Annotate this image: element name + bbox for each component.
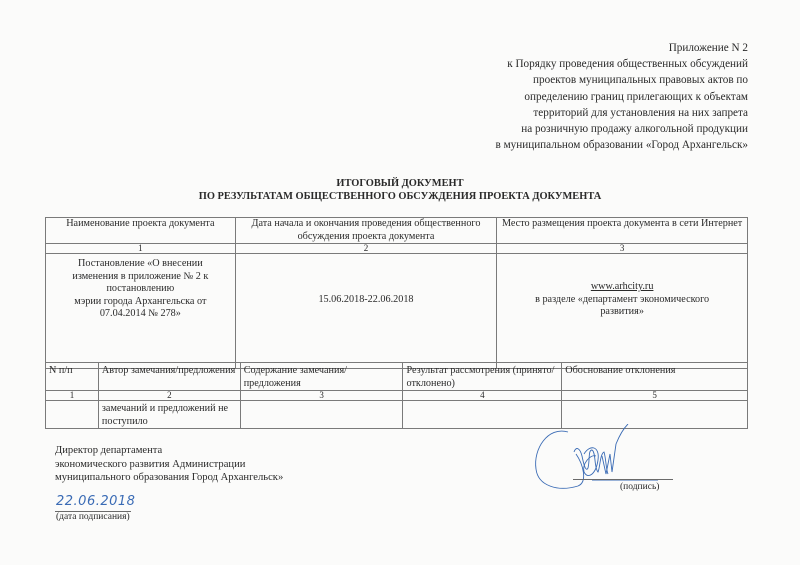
document-title: ИТОГОВЫЙ ДОКУМЕНТ ПО РЕЗУЛЬТАТАМ ОБЩЕСТВ… [0, 177, 800, 203]
title-line-2: ПО РЕЗУЛЬТАТАМ ОБЩЕСТВЕННОГО ОБСУЖДЕНИЯ … [0, 190, 800, 203]
header-author: Автор замечания/предложения [98, 363, 240, 391]
table-row: Постановление «О внесении изменения в пр… [46, 254, 748, 369]
document-name-line: постановлению [49, 283, 232, 296]
position-line: муниципального образования Город Арханге… [55, 471, 283, 485]
appendix-header: Приложение N 2 к Порядку проведения обще… [368, 40, 748, 153]
column-number: 4 [403, 391, 562, 401]
appendix-line: определению границ прилегающих к объекта… [368, 89, 748, 105]
cell-number [46, 401, 99, 429]
handwritten-signed-date: 22.06.2018 [56, 494, 135, 509]
column-number: 5 [562, 391, 748, 401]
header-document-name: Наименование проекта документа [46, 218, 236, 244]
position-line: Директор департамента [55, 444, 283, 458]
column-number: 3 [497, 244, 748, 254]
header-result: Результат рассмотрения (принято/отклонен… [403, 363, 562, 391]
site-link[interactable]: www.arhcity.ru [500, 281, 744, 294]
signatory-position: Директор департамента экономического раз… [55, 444, 283, 485]
header-internet-place: Место размещения проекта документа в сет… [497, 218, 748, 244]
column-number: 2 [235, 244, 497, 254]
cell-author: замечаний и предложений не поступило [98, 401, 240, 429]
column-number-row: 1 2 3 4 5 [46, 391, 748, 401]
project-info-table: Наименование проекта документа Дата нача… [45, 217, 748, 369]
column-number: 1 [46, 391, 99, 401]
position-line: экономического развития Администрации [55, 458, 283, 472]
table-header-row: Наименование проекта документа Дата нача… [46, 218, 748, 244]
document-name-line: Постановление «О внесении [49, 258, 232, 271]
document-name-line: изменения в приложение № 2 к [49, 271, 232, 284]
internet-place-cell: www.arhcity.ru в разделе «департамент эк… [497, 254, 748, 369]
header-dates: Дата начала и окончания проведения общес… [235, 218, 497, 244]
cell-content [240, 401, 403, 429]
column-number: 1 [46, 244, 236, 254]
header-content: Содержание замечания/предложения [240, 363, 403, 391]
appendix-line: в муниципальном образовании «Город Архан… [368, 137, 748, 153]
appendix-line: на розничную продажу алкогольной продукц… [368, 121, 748, 137]
comments-table: N п/п Автор замечания/предложения Содерж… [45, 362, 748, 429]
appendix-line: проектов муниципальных правовых актов по [368, 72, 748, 88]
column-number: 2 [98, 391, 240, 401]
document-name-line: мэрии города Архангельска от [49, 296, 232, 309]
appendix-line: к Порядку проведения общественных обсужд… [368, 56, 748, 72]
header-number: N п/п [46, 363, 99, 391]
column-number: 3 [240, 391, 403, 401]
document-name-cell: Постановление «О внесении изменения в пр… [46, 254, 236, 369]
date-label: (дата подписания) [56, 512, 130, 522]
signature-underline [573, 479, 673, 480]
signature-label: (подпись) [620, 482, 659, 492]
header-rejection-reason: Обоснование отклонения [562, 363, 748, 391]
document-name-line: 07.04.2014 № 278» [49, 308, 232, 321]
table-header-row: N п/п Автор замечания/предложения Содерж… [46, 363, 748, 391]
dates-cell: 15.06.2018-22.06.2018 [235, 254, 497, 369]
site-section: в разделе «департамент экономического ра… [500, 294, 744, 319]
title-line-1: ИТОГОВЫЙ ДОКУМЕНТ [0, 177, 800, 190]
column-number-row: 1 2 3 [46, 244, 748, 254]
appendix-line: территорий для установления на них запре… [368, 105, 748, 121]
appendix-line: Приложение N 2 [368, 40, 748, 56]
